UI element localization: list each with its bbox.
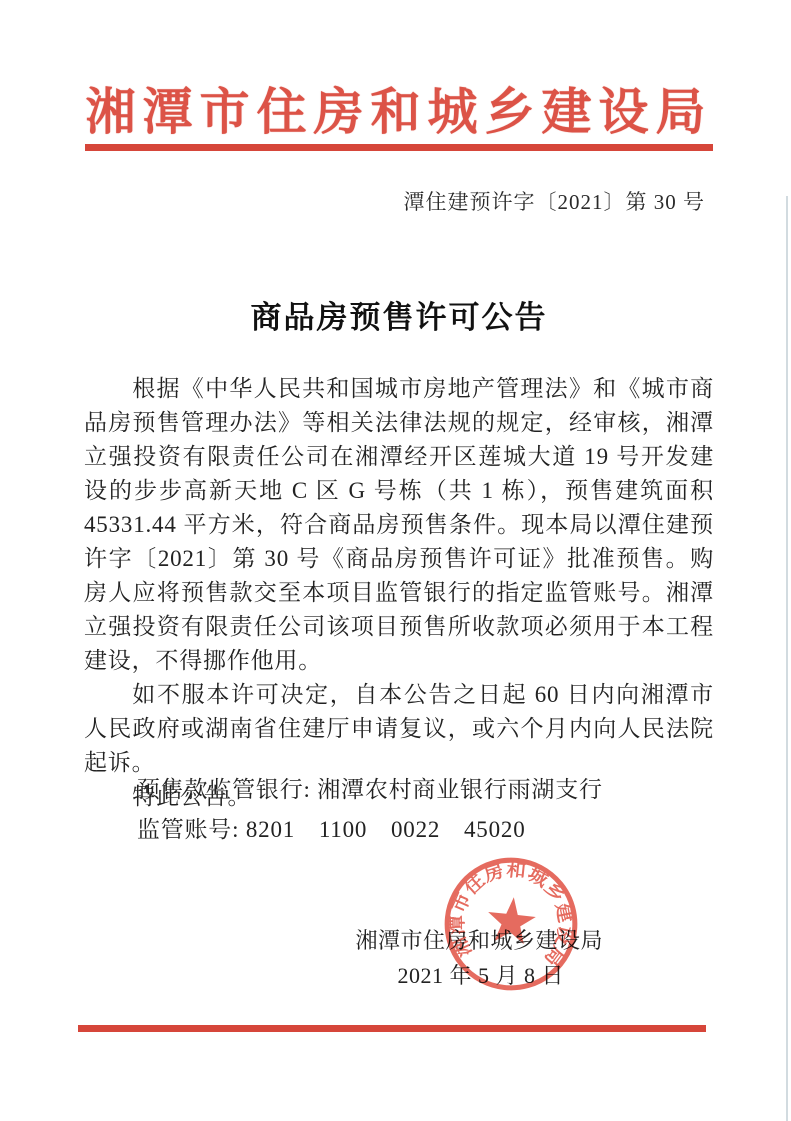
document-reference-number: 潭住建预许字〔2021〕第 30 号: [85, 186, 705, 216]
scanned-official-notice-page: 湘潭市住房和城乡建设局 潭住建预许字〔2021〕第 30 号 商品房预售许可公告…: [0, 0, 791, 1121]
body-paragraph-1: 根据《中华人民共和国城市房地产管理法》和《城市商品房预售管理办法》等相关法律法规…: [84, 372, 714, 678]
supervision-bank-label: 预售款监管银行:: [137, 777, 317, 802]
notice-body: 根据《中华人民共和国城市房地产管理法》和《城市商品房预售管理办法》等相关法律法规…: [84, 372, 714, 814]
body-paragraph-2: 如不服本许可决定，自本公告之日起 60 日内向湘潭市人民政府或湖南省住建厅申请复…: [84, 678, 714, 780]
supervision-bank-line: 预售款监管银行: 湘潭农村商业银行雨湖支行: [84, 770, 714, 810]
scan-edge-artifact: [786, 196, 788, 1121]
seal-circular-text: 湘潭市住房和城乡建设局: [440, 853, 584, 974]
supervision-bank-value: 湘潭农村商业银行雨湖支行: [317, 777, 603, 802]
supervision-account-number: 8201 1100 0022 45020: [246, 817, 526, 842]
signature-issuer: 湘潭市住房和城乡建设局: [355, 924, 603, 955]
signature-date: 2021 年 5 月 8 日: [397, 959, 564, 990]
letterhead-agency-title: 湘潭市住房和城乡建设局: [85, 72, 713, 144]
supervision-account-label: 监管账号:: [137, 817, 246, 842]
notice-title: 商品房预售许可公告: [85, 292, 713, 337]
letterhead-double-rule: [85, 144, 713, 151]
seal-circular-text-holder: 湘潭市住房和城乡建设局: [440, 853, 584, 974]
supervision-bank-block: 预售款监管银行: 湘潭农村商业银行雨湖支行 监管账号: 8201 1100 00…: [84, 770, 714, 850]
footer-double-rule: [78, 1025, 706, 1032]
supervision-account-line: 监管账号: 8201 1100 0022 45020: [84, 810, 714, 850]
